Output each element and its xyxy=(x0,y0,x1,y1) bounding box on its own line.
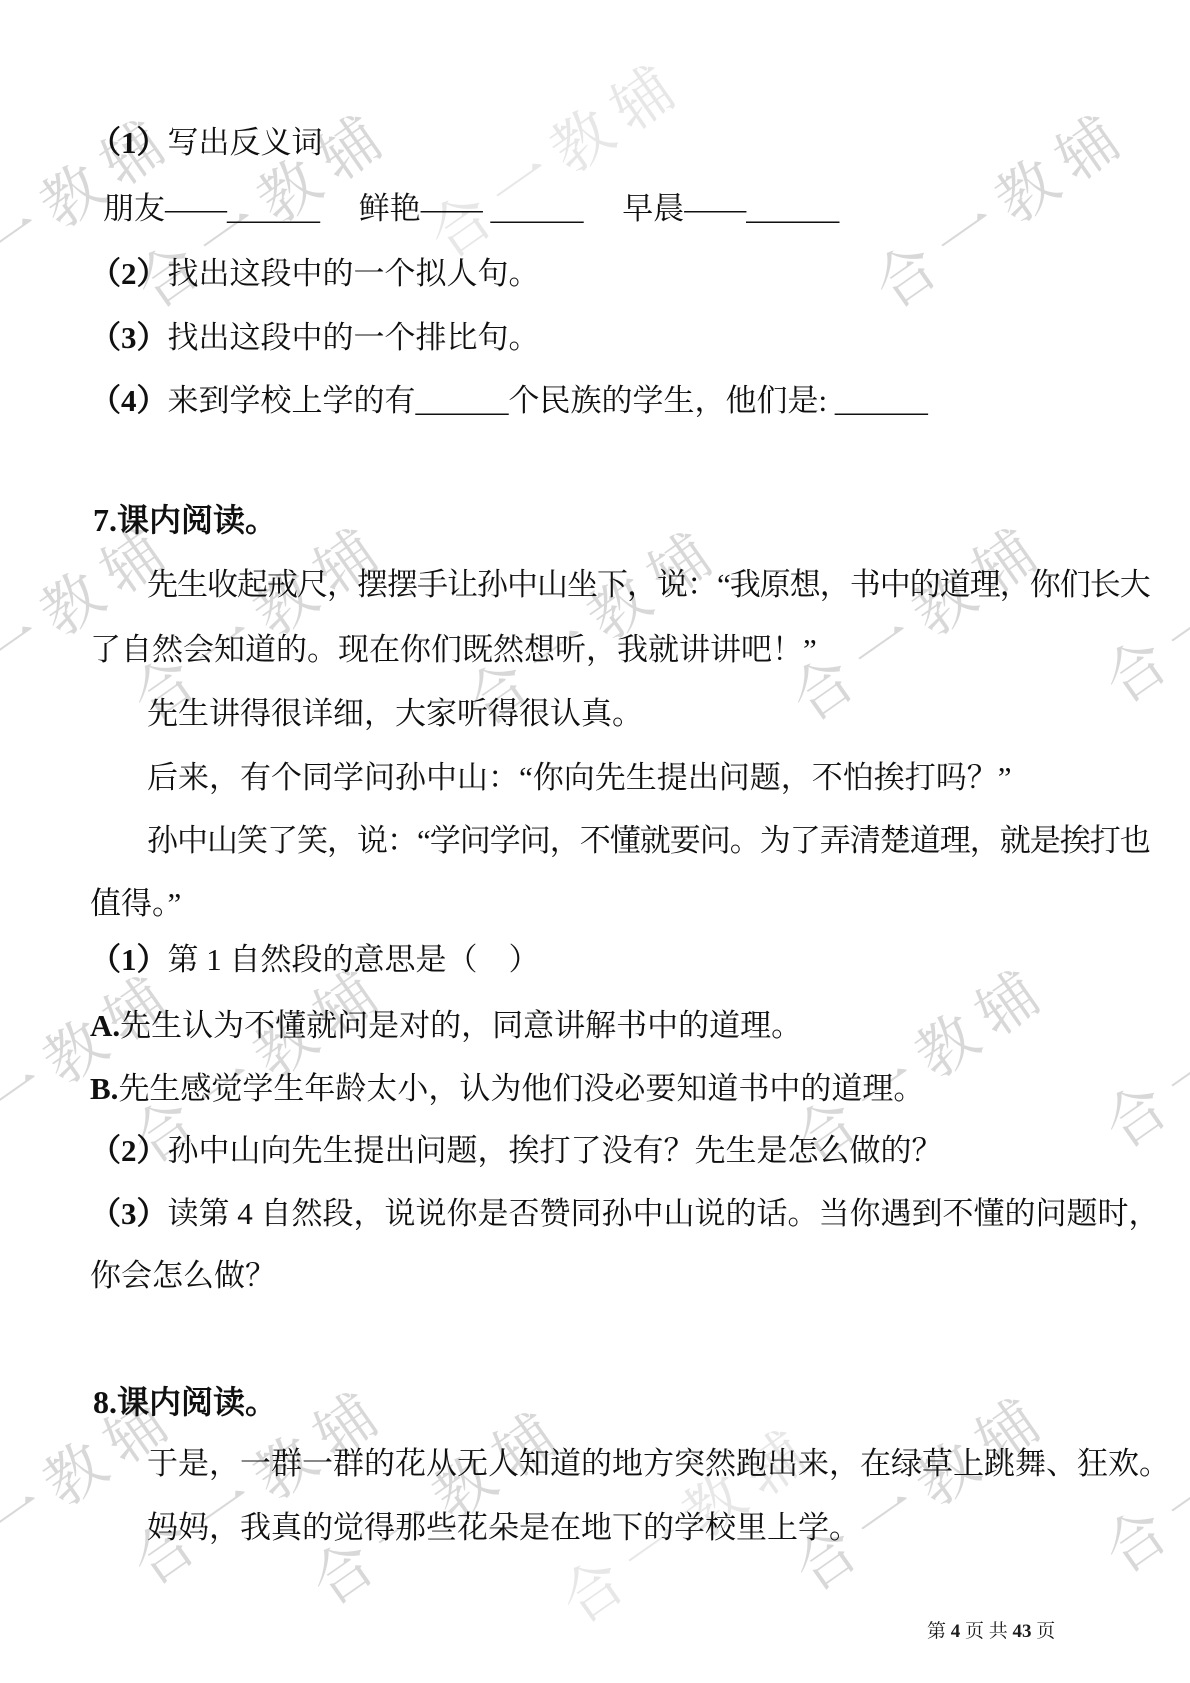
question-7-2-number: （2） xyxy=(90,1133,168,1168)
question-7-1: （1）第 1 自然段的意思是（ ） xyxy=(90,942,540,978)
passage-7-line-4: 后来，有个同学问孙中山：“你向先生提出问题，不怕挨打吗？” xyxy=(147,760,1012,796)
passage-7-line-3: 先生讲得很详细，大家听得很认真。 xyxy=(147,696,643,732)
sub-question-3-text: 找出这段中的一个排比句。 xyxy=(168,320,540,355)
watermark: 合一教辅 xyxy=(774,1368,1066,1608)
question-7-1-text: 第 1 自然段的意思是（ ） xyxy=(168,942,540,977)
sub-question-4-number: （4） xyxy=(90,383,168,418)
question-7-2: （2）孙中山向先生提出问题，挨打了没有？先生是怎么做的？ xyxy=(90,1133,943,1169)
question-7-3: （3）读第 4 自然段，说说你是否赞同孙中山说的话。当你遇到不懂的问题时， xyxy=(90,1196,1160,1232)
option-a: A.先生认为不懂就问是对的，同意讲解书中的道理。 xyxy=(90,1008,802,1044)
passage-7-line-1: 先生收起戒尺，摆摆手让孙中山坐下，说：“我原想，书中的道理，你们长大 xyxy=(147,567,1150,603)
footer-text-after: 页 xyxy=(1032,1621,1056,1642)
worksheet-page: 合一教辅 合一教辅 合一教辅 合一教辅 合一教辅 合一教辅 合一教辅 合一教辅 … xyxy=(0,0,1190,1683)
page-number-footer: 第 4 页 共 43 页 xyxy=(908,1594,1055,1665)
exercise-7-heading: 7.课内阅读。 xyxy=(93,502,277,538)
passage-7-line-5: 孙中山笑了笑，说：“学问学问，不懂就要问。为了弄清楚道理，就是挨打也 xyxy=(147,823,1150,859)
watermark: 合一教辅 xyxy=(771,498,1063,738)
option-a-label: A. xyxy=(90,1008,120,1043)
watermark: 合一教辅 xyxy=(854,85,1146,325)
question-7-2-text: 孙中山向先生提出问题，挨打了没有？先生是怎么做的？ xyxy=(168,1133,943,1168)
option-b-text: 先生感觉学生年龄太小，认为他们没必要知道书中的道理。 xyxy=(118,1071,924,1106)
footer-text-before: 第 xyxy=(927,1621,951,1642)
antonym-blanks-line: 朋友——______ 鲜艳—— ______ 早晨——______ xyxy=(103,191,839,227)
sub-question-2-number: （2） xyxy=(90,256,168,291)
sub-question-3: （3）找出这段中的一个排比句。 xyxy=(90,320,540,356)
question-7-3-text: 读第 4 自然段，说说你是否赞同孙中山说的话。当你遇到不懂的问题时， xyxy=(168,1196,1160,1231)
option-a-text: 先生认为不懂就问是对的，同意讲解书中的道理。 xyxy=(120,1008,802,1043)
sub-question-1: （1）写出反义词 xyxy=(90,125,323,161)
option-b-label: B. xyxy=(90,1071,118,1106)
passage-8-line-2: 妈妈，我真的觉得那些花朵是在地下的学校里上学。 xyxy=(147,1510,860,1546)
question-7-1-number: （1） xyxy=(90,942,168,977)
option-b: B.先生感觉学生年龄太小，认为他们没必要知道书中的道理。 xyxy=(90,1071,924,1107)
sub-question-1-number: （1） xyxy=(90,125,168,160)
watermark: 合一教辅 xyxy=(1084,925,1190,1165)
passage-8-line-1: 于是，一群一群的花从无人知道的地方突然跑出来，在绿草上跳舞、狂欢。 xyxy=(147,1446,1170,1482)
footer-page-number: 4 xyxy=(951,1621,961,1642)
footer-text-mid: 页 共 xyxy=(960,1621,1012,1642)
question-7-3-continuation: 你会怎么做？ xyxy=(90,1258,276,1294)
sub-question-4-text: 来到学校上学的有______个民族的学生，他们是: ______ xyxy=(168,383,928,418)
footer-total-pages: 43 xyxy=(1013,1621,1032,1642)
sub-question-1-text: 写出反义词 xyxy=(168,125,323,160)
sub-question-2: （2）找出这段中的一个拟人句。 xyxy=(90,256,540,292)
sub-question-3-number: （3） xyxy=(90,320,168,355)
exercise-8-heading: 8.课内阅读。 xyxy=(93,1384,277,1420)
passage-7-line-6: 值得。” xyxy=(90,886,181,922)
sub-question-2-text: 找出这段中的一个拟人句。 xyxy=(168,256,540,291)
question-7-3-number: （3） xyxy=(90,1196,168,1231)
watermark: 合一教辅 xyxy=(409,35,701,275)
sub-question-4: （4）来到学校上学的有______个民族的学生，他们是: ______ xyxy=(90,383,928,419)
passage-7-line-2: 了自然会知道的。现在你们既然想听，我就讲讲吧！” xyxy=(90,632,817,668)
